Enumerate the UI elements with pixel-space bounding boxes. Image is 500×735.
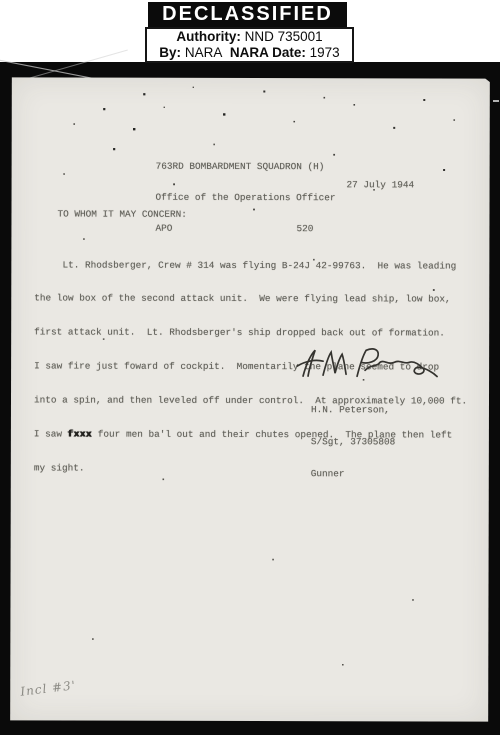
- document-page: 763RD BOMBARDMENT SQUADRON (H) Office of…: [10, 77, 490, 721]
- declassified-details-box: Authority: NND 735001 By: NARA NARA Date…: [145, 27, 354, 63]
- authority-label: Authority:: [176, 29, 241, 44]
- office-line: Office of the Operations Officer: [156, 193, 336, 204]
- body-text: I saw: [34, 428, 68, 439]
- signature-handwriting: [293, 346, 441, 388]
- signature-block: H.N. Peterson, S/Sgt, 37305808 Gunner: [311, 384, 396, 501]
- nara-date-value: 1973: [310, 45, 340, 60]
- by-line: By: NARA NARA Date: 1973: [149, 45, 350, 61]
- overstruck-word: fxxx: [68, 429, 93, 440]
- nara-date-label: NARA Date:: [230, 45, 306, 60]
- authority-line: Authority: NND 735001: [149, 29, 350, 45]
- body-line: first attack unit. Lt. Rhodsberger's shi…: [34, 327, 467, 339]
- declassified-banner: DECLASSIFIED: [148, 2, 347, 27]
- date-line: 27 July 1944: [347, 179, 415, 190]
- scan-noise: [12, 77, 13, 78]
- scan-artifact: [493, 100, 499, 102]
- stamp-strip: DECLASSIFIED Authority: NND 735001 By: N…: [0, 0, 500, 62]
- body-line: Lt. Rhodsberger, Crew # 314 was flying B…: [34, 259, 467, 271]
- apo-number: 520: [297, 224, 314, 234]
- by-label: By:: [159, 45, 181, 60]
- salutation: TO WHOM IT MAY CONCERN:: [57, 208, 186, 219]
- signer-rank-serial: S/Sgt, 37305808: [311, 437, 395, 448]
- handwritten-footnote: Incl #3': [20, 678, 77, 699]
- paper-corner: [483, 77, 492, 84]
- body-text: four men ba'l out and their chutes opene…: [92, 429, 452, 441]
- body-line: my sight.: [34, 462, 467, 474]
- squadron-line: 763RD BOMBARDMENT SQUADRON (H): [156, 162, 336, 173]
- signer-name: H.N. Peterson,: [311, 405, 395, 416]
- body-line: into a spin, and then leveled off under …: [34, 395, 467, 407]
- apo-label: APO: [155, 224, 172, 234]
- body-line-overstruck: I saw fxxx four men ba'l out and their c…: [34, 428, 467, 440]
- body-line: the low box of the second attack unit. W…: [34, 293, 467, 305]
- apo-line: APO 520: [155, 224, 313, 235]
- authority-value: NND 735001: [245, 29, 323, 44]
- signer-role: Gunner: [311, 469, 395, 480]
- by-value: NARA: [185, 45, 223, 60]
